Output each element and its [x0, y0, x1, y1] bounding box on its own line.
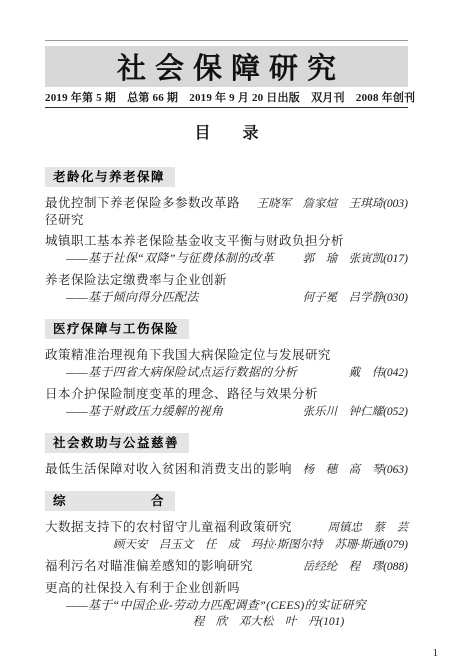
section-header: 社会救助与公益慈善	[45, 433, 189, 453]
journal-toc-page: 社会保障研究 2019 年第 5 期 总第 66 期 2019 年 9 月 20…	[0, 40, 452, 631]
toc-entry-line: 养老保险法定缴费率与企业创新	[45, 272, 408, 289]
toc-entry-authors-line: 程 欣 邓大松 叶 丹(101)	[45, 614, 408, 631]
issue-info-line: 2019 年第 5 期 总第 66 期 2019 年 9 月 20 日出版 双月…	[45, 91, 408, 105]
entry-subtitle: ——基于四省大病保险试点运行数据的分析	[45, 364, 297, 381]
entry-title: 城镇职工基本养老保险基金收支平衡与财政负担分析	[45, 233, 344, 250]
toc-entry: 更高的社保投入有利于企业创新吗 ——基于“中国企业-劳动力匹配调查”(CEES)…	[45, 580, 408, 631]
entry-subtitle: ——基于倾向得分匹配法	[45, 289, 199, 306]
toc-entry-subtitle-line: ——基于四省大病保险试点运行数据的分析 戴 伟(042)	[45, 364, 408, 382]
section-header: 医疗保障与工伤保险	[45, 319, 189, 339]
toc-entry-line: 最优控制下养老保险多参数改革路径研究 王晓军 詹家煊 王琪琦(003)	[45, 195, 408, 229]
toc-entry-authors-line: 顾天安 吕玉文 任 成 玛拉·斯图尔特 苏珊·斯通(079)	[45, 537, 408, 554]
entry-authors-page: 周镇忠 蔡 芸	[318, 520, 409, 537]
entry-title: 最优控制下养老保险多参数改革路径研究	[45, 195, 247, 229]
toc-entry: 大数据支持下的农村留守儿童福利政策研究 周镇忠 蔡 芸 顾天安 吕玉文 任 成 …	[45, 519, 408, 554]
entry-subtitle: ——基于社保“双降”与征费体制的改革	[45, 250, 274, 267]
top-rule	[45, 40, 408, 41]
toc-entry-line: 大数据支持下的农村留守儿童福利政策研究 周镇忠 蔡 芸	[45, 519, 408, 537]
toc-entry-line: 城镇职工基本养老保险基金收支平衡与财政负担分析	[45, 233, 408, 250]
toc-entry: 养老保险法定缴费率与企业创新 ——基于倾向得分匹配法 何子冕 吕学静(030)	[45, 272, 408, 307]
entry-title: 政策精准治理视角下我国大病保险定位与发展研究	[45, 347, 331, 364]
toc-entry-line: 更高的社保投入有利于企业创新吗	[45, 580, 408, 597]
entry-authors-page: 程 欣 邓大松 叶 丹(101)	[183, 614, 344, 631]
toc-entry-subtitle-line: ——基于倾向得分匹配法 何子冕 吕学静(030)	[45, 289, 408, 307]
toc-entry: 福利污名对瞄准偏差感知的影响研究 岳经纶 程 璆(088)	[45, 558, 408, 576]
toc-entry-line: 福利污名对瞄准偏差感知的影响研究 岳经纶 程 璆(088)	[45, 558, 408, 576]
header-divider-rule	[45, 107, 408, 108]
toc-entry-line: 日本介护保险制度变革的理念、路径与效果分析	[45, 386, 408, 403]
section-header: 综 合	[45, 491, 175, 511]
journal-title-banner: 社会保障研究	[45, 46, 408, 87]
entry-title: 最低生活保障对收入贫困和消费支出的影响	[45, 461, 292, 478]
page-number: 1	[433, 648, 438, 659]
entry-title: 福利污名对瞄准偏差感知的影响研究	[45, 558, 253, 575]
toc-entry-subtitle-line: ——基于社保“双降”与征费体制的改革 郭 瑜 张寅凯(017)	[45, 250, 408, 268]
section-header: 老龄化与养老保障	[45, 167, 175, 187]
entry-authors-page: 顾天安 吕玉文 任 成 玛拉·斯图尔特 苏珊·斯通(079)	[113, 537, 408, 554]
toc-entry: 日本介护保险制度变革的理念、路径与效果分析 ——基于财政压力缓解的视角 张乐川 …	[45, 386, 408, 421]
entry-authors-page: 岳经纶 程 璆(088)	[293, 559, 408, 576]
entry-authors-page: 杨 穗 高 琴(063)	[293, 462, 408, 479]
toc-entry-subtitle-line: ——基于财政压力缓解的视角 张乐川 钟仁耀(052)	[45, 403, 408, 421]
journal-title: 社会保障研究	[108, 46, 345, 87]
toc-entry-line: 政策精准治理视角下我国大病保险定位与发展研究	[45, 347, 408, 364]
toc-entry: 政策精准治理视角下我国大病保险定位与发展研究 ——基于四省大病保险试点运行数据的…	[45, 347, 408, 382]
section-medical-injury-insurance: 医疗保障与工伤保险 政策精准治理视角下我国大病保险定位与发展研究 ——基于四省大…	[45, 311, 408, 421]
toc-entry: 最优控制下养老保险多参数改革路径研究 王晓军 詹家煊 王琪琦(003)	[45, 195, 408, 229]
toc-entry: 城镇职工基本养老保险基金收支平衡与财政负担分析 ——基于社保“双降”与征费体制的…	[45, 233, 408, 268]
entry-title: 养老保险法定缴费率与企业创新	[45, 272, 227, 289]
entry-authors-page: 何子冕 吕学静(030)	[293, 290, 408, 307]
toc-entry: 最低生活保障对收入贫困和消费支出的影响 杨 穗 高 琴(063)	[45, 461, 408, 479]
entry-subtitle: ——基于“中国企业-劳动力匹配调查”(CEES)的实证研究	[45, 597, 366, 614]
section-social-assistance-charity: 社会救助与公益慈善 最低生活保障对收入贫困和消费支出的影响 杨 穗 高 琴(06…	[45, 425, 408, 479]
entry-title: 日本介护保险制度变革的理念、路径与效果分析	[45, 386, 318, 403]
toc-heading: 目 录	[45, 124, 408, 144]
entry-authors-page: 郭 瑜 张寅凯(017)	[293, 251, 408, 268]
entry-title: 大数据支持下的农村留守儿童福利政策研究	[45, 519, 292, 536]
entry-subtitle: ——基于财政压力缓解的视角	[45, 403, 223, 420]
section-comprehensive: 综 合 大数据支持下的农村留守儿童福利政策研究 周镇忠 蔡 芸 顾天安 吕玉文 …	[45, 483, 408, 631]
entry-title: 更高的社保投入有利于企业创新吗	[45, 580, 240, 597]
entry-authors-page: 张乐川 钟仁耀(052)	[293, 404, 408, 421]
entry-authors-page: 戴 伟(042)	[339, 365, 408, 382]
entry-authors-page: 王晓军 詹家煊 王琪琦(003)	[247, 196, 408, 213]
section-aging-pension: 老龄化与养老保障 最优控制下养老保险多参数改革路径研究 王晓军 詹家煊 王琪琦(…	[45, 159, 408, 307]
toc-entry-subtitle-line: ——基于“中国企业-劳动力匹配调查”(CEES)的实证研究	[45, 597, 408, 614]
toc-entry-line: 最低生活保障对收入贫困和消费支出的影响 杨 穗 高 琴(063)	[45, 461, 408, 479]
